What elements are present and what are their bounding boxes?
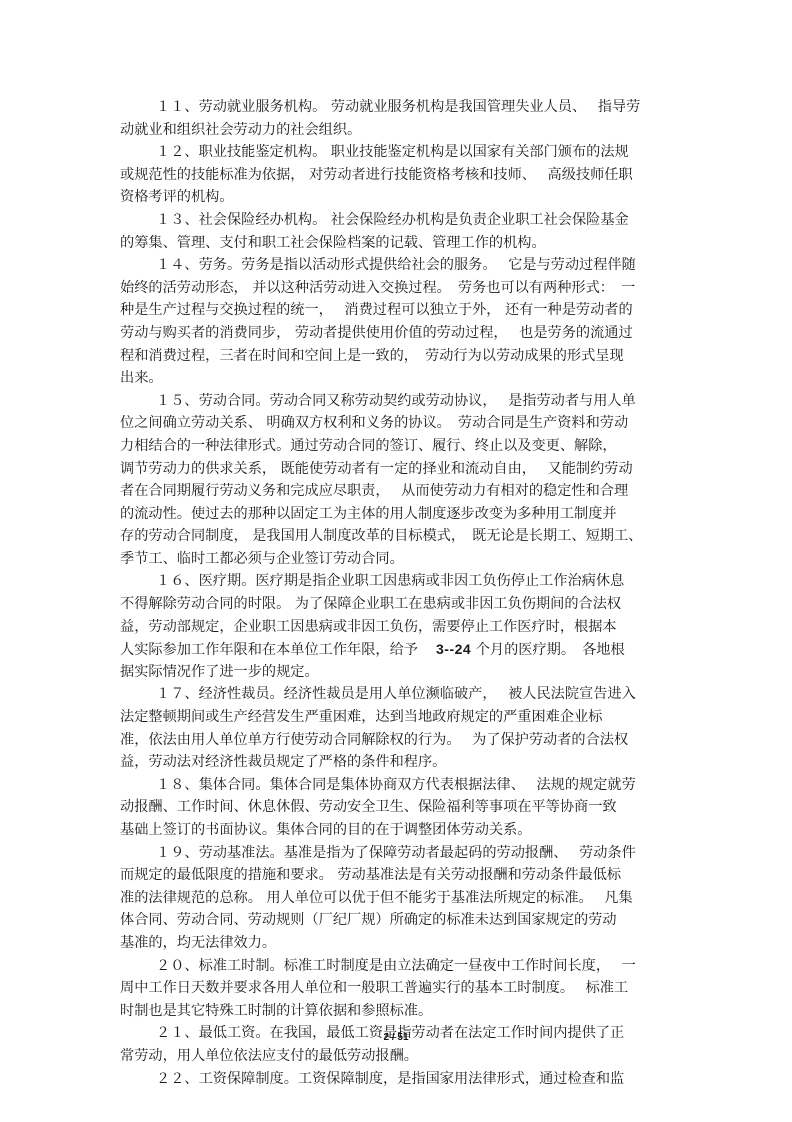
text-line: 常劳动，用人单位依法应支付的最低劳动报酬。 bbox=[120, 1045, 680, 1068]
text-line: 季节工、临时工都必须与企业签订劳动合同。 bbox=[120, 548, 680, 571]
text-line: 始终的活劳动形态， 并以这种活劳动进入交换过程。 劳务也可以有两种形式： 一 bbox=[120, 277, 680, 300]
line-text: 调节劳动力的供求关系， 既能使劳动者有一定的择业和流动自由， 又能制约劳动 bbox=[120, 461, 633, 477]
line-text: 劳动与购买者的消费同步， 劳动者提供使用价值的劳动过程， 也是劳务的流通过 bbox=[120, 325, 633, 341]
line-text: １８、集体合同。集体合同是集体协商双方代表根据法律、 法规的规定就劳 bbox=[156, 777, 636, 793]
line-text: １６、医疗期。医疗期是指企业职工因患病或非因工负伤停止工作治病休息 bbox=[156, 573, 624, 589]
text-line: 体合同、劳动合同、劳动规则（厂纪厂规）所确定的标准未达到国家规定的劳动 bbox=[120, 909, 680, 932]
text-line: １２、职业技能鉴定机构。 职业技能鉴定机构是以国家有关部门颁布的法规 bbox=[120, 141, 680, 164]
line-text: 不得解除劳动合同的时限。 为了保障企业职工在患病或非因工负伤期间的合法权 bbox=[120, 596, 621, 612]
text-line: 的流动性。使过去的那种以固定工为主体的用人制度逐步改变为多种用工制度并 bbox=[120, 503, 680, 526]
text-line: 基准的，均无法律效力。 bbox=[120, 932, 680, 955]
text-line: 而规定的最低限度的措施和要求。 劳动基准法是有关劳动报酬和劳动条件最低标 bbox=[120, 864, 680, 887]
line-text: 基准的，均无法律效力。 bbox=[120, 935, 276, 951]
line-text: 的筹集、管理、支付和职工社会保险档案的记载、管理工作的机构。 bbox=[120, 235, 546, 251]
text-line: 种是生产过程与交换过程的统一， 消费过程可以独立于外， 还有一种是劳动者的 bbox=[120, 299, 680, 322]
text-line: 程和消费过程，三者在时间和空间上是一致的， 劳动行为以劳动成果的形式呈现 bbox=[120, 345, 680, 368]
text-line: １８、集体合同。集体合同是集体协商双方代表根据法律、 法规的规定就劳 bbox=[120, 774, 680, 797]
line-text: 时制也是其它特殊工时制的计算依据和参照标准。 bbox=[120, 1003, 432, 1019]
text-line: １４、劳务。劳务是指以活动形式提供给社会的服务。 它是与劳动过程伴随 bbox=[120, 254, 680, 277]
document-page: １１、劳动就业服务机构。 劳动就业服务机构是我国管理失业人员、 指导劳动就业和组… bbox=[0, 0, 792, 1122]
text-line: 法定整顿期间或生产经营发生严重困难，达到当地政府规定的严重困难企业标 bbox=[120, 706, 680, 729]
line-text: 者在合同期履行劳动义务和完成应尽职责， 从而使劳动力有相对的稳定性和合理 bbox=[120, 483, 628, 499]
line-text: 始终的活劳动形态， 并以这种活劳动进入交换过程。 劳务也可以有两种形式： 一 bbox=[120, 280, 635, 296]
text-line: 者在合同期履行劳动义务和完成应尽职责， 从而使劳动力有相对的稳定性和合理 bbox=[120, 480, 680, 503]
text-line: １５、劳动合同。劳动合同又称劳动契约或劳动协议， 是指劳动者与用人单 bbox=[120, 390, 680, 413]
text-line: １１、劳动就业服务机构。 劳动就业服务机构是我国管理失业人员、 指导劳 bbox=[120, 96, 680, 119]
text-line: 益，劳动部规定，企业职工因患病或非因工负伤，需要停止工作医疗时，根据本 bbox=[120, 616, 680, 639]
line-text: 力相结合的一种法律形式。通过劳动合同的签订、履行、终止以及变更、解除， bbox=[120, 438, 617, 454]
line-text: 动报酬、工作时间、休息休假、劳动安全卫生、保险福利等事项在平等协商一致 bbox=[120, 799, 617, 815]
line-text: １１、劳动就业服务机构。 劳动就业服务机构是我国管理失业人员、 指导劳 bbox=[156, 99, 640, 115]
text-line: 基础上签订的书面协议。集体合同的目的在于调整团体劳动关系。 bbox=[120, 819, 680, 842]
line-text: １２、职业技能鉴定机构。 职业技能鉴定机构是以国家有关部门颁布的法规 bbox=[156, 144, 629, 160]
text-line: 动报酬、工作时间、休息休假、劳动安全卫生、保险福利等事项在平等协商一致 bbox=[120, 796, 680, 819]
text-line: 的筹集、管理、支付和职工社会保险档案的记载、管理工作的机构。 bbox=[120, 232, 680, 255]
line-text: 存的劳动合同制度， 是我国用人制度改革的目标模式， 既无论是长期工、短期工、 bbox=[120, 528, 642, 544]
line-text: 资格考评的机构。 bbox=[120, 189, 234, 205]
line-text: 基础上签订的书面协议。集体合同的目的在于调整团体劳动关系。 bbox=[120, 822, 531, 838]
line-text: ２０、标准工时制。标准工时制度是由立法确定一昼夜中工作时间长度， 一 bbox=[156, 958, 636, 974]
line-text: １４、劳务。劳务是指以活动形式提供给社会的服务。 它是与劳动过程伴随 bbox=[156, 257, 636, 273]
duration-value: 3--24 bbox=[436, 641, 471, 657]
line-text: １９、劳动基准法。基准是指为了保障劳动者最起码的劳动报酬、 劳动条件 bbox=[156, 845, 636, 861]
line-text: 据实际情况作了进一步的规定。 bbox=[120, 664, 319, 680]
line-text-after: 个月的医疗期。 各地根 bbox=[471, 642, 624, 658]
line-text: 益，劳动部规定，企业职工因患病或非因工负伤，需要停止工作医疗时，根据本 bbox=[120, 619, 617, 635]
text-line: 周中工作日天数并要求各用人单位和一般职工普遍实行的基本工时制度。 标准工 bbox=[120, 977, 680, 1000]
line-text: 或规范性的技能标准为依据， 对劳动者进行技能资格考核和技师、 高级技师任职 bbox=[120, 167, 633, 183]
line-text: １５、劳动合同。劳动合同又称劳动契约或劳动协议， 是指劳动者与用人单 bbox=[156, 393, 636, 409]
text-line: 准的法律规范的总称。 用人单位可以优于但不能劣于基准法所规定的标准。 凡集 bbox=[120, 887, 680, 910]
text-line: ２０、标准工时制。标准工时制度是由立法确定一昼夜中工作时间长度， 一 bbox=[120, 955, 680, 978]
text-line: 资格考评的机构。 bbox=[120, 186, 680, 209]
line-text: 准，依法由用人单位单方行使劳动合同解除权的行为。 为了保护劳动者的合法权 bbox=[120, 732, 628, 748]
line-text: 的流动性。使过去的那种以固定工为主体的用人制度逐步改变为多种用工制度并 bbox=[120, 506, 617, 522]
text-line: 位之间确立劳动关系、 明确双方权利和义务的协议。 劳动合同是生产资料和劳动 bbox=[120, 412, 680, 435]
text-line: ２２、工资保障制度。工资保障制度，是指国家用法律形式，通过检查和监 bbox=[120, 1068, 680, 1091]
text-line: １７、经济性裁员。经济性裁员是用人单位濒临破产， 被人民法院宣告进入 bbox=[120, 683, 680, 706]
line-text: 而规定的最低限度的措施和要求。 劳动基准法是有关劳动报酬和劳动条件最低标 bbox=[120, 867, 621, 883]
line-text: ２２、工资保障制度。工资保障制度，是指国家用法律形式，通过检查和监 bbox=[156, 1071, 624, 1087]
text-line: 或规范性的技能标准为依据， 对劳动者进行技能资格考核和技师、 高级技师任职 bbox=[120, 164, 680, 187]
document-body: １１、劳动就业服务机构。 劳动就业服务机构是我国管理失业人员、 指导劳动就业和组… bbox=[120, 96, 680, 1090]
text-line: 出来。 bbox=[120, 367, 680, 390]
text-line: 不得解除劳动合同的时限。 为了保障企业职工在患病或非因工负伤期间的合法权 bbox=[120, 593, 680, 616]
line-text: 动就业和组织社会劳动力的社会组织。 bbox=[120, 122, 361, 138]
line-text: 季节工、临时工都必须与企业签订劳动合同。 bbox=[120, 551, 404, 567]
text-line: 益，劳动法对经济性裁员规定了严格的条件和程序。 bbox=[120, 751, 680, 774]
line-text: 位之间确立劳动关系、 明确双方权利和义务的协议。 劳动合同是生产资料和劳动 bbox=[120, 415, 628, 431]
text-line: 劳动与购买者的消费同步， 劳动者提供使用价值的劳动过程， 也是劳务的流通过 bbox=[120, 322, 680, 345]
line-text: 常劳动，用人单位依法应支付的最低劳动报酬。 bbox=[120, 1048, 418, 1064]
text-line: １６、医疗期。医疗期是指企业职工因患病或非因工负伤停止工作治病休息 bbox=[120, 570, 680, 593]
text-line: 存的劳动合同制度， 是我国用人制度改革的目标模式， 既无论是长期工、短期工、 bbox=[120, 525, 680, 548]
line-text: 准的法律规范的总称。 用人单位可以优于但不能劣于基准法所规定的标准。 凡集 bbox=[120, 890, 633, 906]
line-text: 出来。 bbox=[120, 370, 163, 386]
line-text: 种是生产过程与交换过程的统一， 消费过程可以独立于外， 还有一种是劳动者的 bbox=[120, 302, 633, 318]
line-text: １７、经济性裁员。经济性裁员是用人单位濒临破产， 被人民法院宣告进入 bbox=[156, 686, 636, 702]
page-number: 2 / 51 bbox=[0, 1032, 792, 1043]
text-line: 准，依法由用人单位单方行使劳动合同解除权的行为。 为了保护劳动者的合法权 bbox=[120, 729, 680, 752]
line-text: 周中工作日天数并要求各用人单位和一般职工普遍实行的基本工时制度。 标准工 bbox=[120, 980, 628, 996]
text-line: 据实际情况作了进一步的规定。 bbox=[120, 661, 680, 684]
line-text: １３、社会保险经办机构。 社会保险经办机构是负责企业职工社会保险基金 bbox=[156, 212, 629, 228]
text-line: １９、劳动基准法。基准是指为了保障劳动者最起码的劳动报酬、 劳动条件 bbox=[120, 842, 680, 865]
text-line: 动就业和组织社会劳动力的社会组织。 bbox=[120, 119, 680, 142]
text-line: １３、社会保险经办机构。 社会保险经办机构是负责企业职工社会保险基金 bbox=[120, 209, 680, 232]
line-text: 体合同、劳动合同、劳动规则（厂纪厂规）所确定的标准未达到国家规定的劳动 bbox=[120, 912, 617, 928]
text-line: 力相结合的一种法律形式。通过劳动合同的签订、履行、终止以及变更、解除， bbox=[120, 435, 680, 458]
line-text: 益，劳动法对经济性裁员规定了严格的条件和程序。 bbox=[120, 754, 446, 770]
line-text: 程和消费过程，三者在时间和空间上是一致的， 劳动行为以劳动成果的形式呈现 bbox=[120, 348, 624, 364]
line-text: 人实际参加工作年限和在本单位工作年限，给予 bbox=[120, 642, 418, 658]
text-line: 人实际参加工作年限和在本单位工作年限，给予 3--24 个月的医疗期。 各地根 bbox=[120, 638, 680, 661]
text-line: 时制也是其它特殊工时制的计算依据和参照标准。 bbox=[120, 1000, 680, 1023]
line-text: 法定整顿期间或生产经营发生严重困难，达到当地政府规定的严重困难企业标 bbox=[120, 709, 602, 725]
text-line: 调节劳动力的供求关系， 既能使劳动者有一定的择业和流动自由， 又能制约劳动 bbox=[120, 458, 680, 481]
